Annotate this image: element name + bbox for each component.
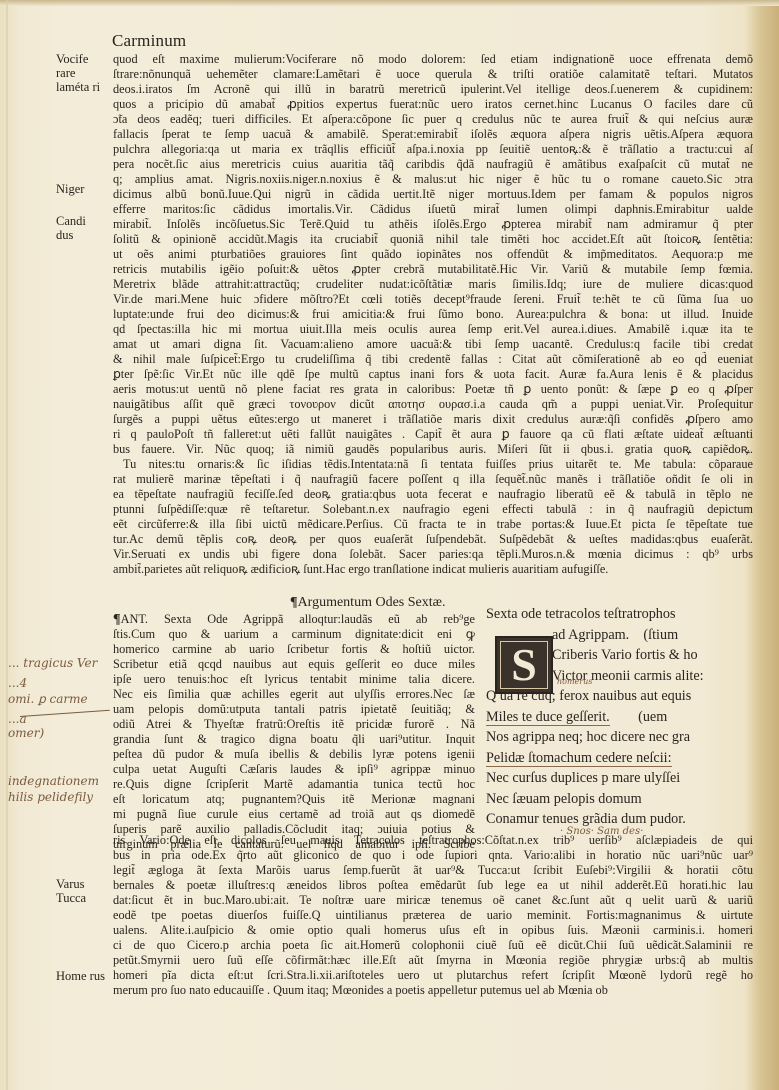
text-line: eſt loricatum atq; pugnantem?Quis itẽ Me… xyxy=(113,792,475,807)
text-line: retricis mutabilis igẽio poſuit:& uẽtos … xyxy=(113,262,753,277)
margin-note-candidus: Candi dus xyxy=(56,214,106,242)
text-line: mi pugnã ſiue curule eius certamẽ ad tro… xyxy=(113,807,475,822)
text-line: ut oẽs animi pturbatiões grauiores ſint … xyxy=(113,247,753,262)
text-line: petũt.Smyrnii uero ſuũ eſſe cõfirmãt:hæc… xyxy=(113,953,753,968)
commentary-bottom: ris Vario:Ode eſt dicolos ſeu mauis Tetr… xyxy=(113,833,753,998)
verse-line: Nec curſus duplices p mare ulyſſei xyxy=(486,768,756,789)
text-line: efferre maritos:ſic cãdidus imortalis.Vi… xyxy=(113,202,753,217)
text-line: rat mulierẽ marinæ tẽpeſtati i q̃ naufra… xyxy=(113,472,753,487)
page-top-edge xyxy=(0,0,779,6)
text-line: Tu nites:tu ornaris:& ſic iſidias tẽdis.… xyxy=(113,457,753,472)
handwritten-annotation: indegnationem xyxy=(8,774,99,788)
text-line: dat:ſicut ẽt in buc.Maro.ubi:ait. Te noſ… xyxy=(113,893,753,908)
text-line: Vir.Seruati ex undis ubi figere dona ſol… xyxy=(113,547,753,562)
margin-note-tucca: Tucca xyxy=(56,891,106,905)
text-line: qd ſpectas:illa hic mi mortua uiuit.Illa… xyxy=(113,322,753,337)
pilcrow-icon: ¶ xyxy=(290,595,298,610)
text-line: amat ut amari digna ſit. Vacuam:alieno a… xyxy=(113,337,753,352)
text-line: quos a pricipio dũ amabat̃ ꝓpitios exper… xyxy=(113,97,753,112)
text-line: nauigãtibus aſſit quẽ græci τονοʋρον dic… xyxy=(113,397,753,412)
text-line: Meretrix blãde attrahit:attractũq; crude… xyxy=(113,277,753,292)
text-line: odiũ Atrei & Thyeſtæ fratrũ:Oreſtis itẽ … xyxy=(113,717,475,732)
verse-line: Pelidæ ſtomachum cedere neſcii: xyxy=(486,748,756,769)
text-line: ¶ANT. Sexta Ode Agrippã alloqtur:laudãs … xyxy=(113,612,475,627)
text-line: aeris motus:ut uentũ nõ plene faciat res… xyxy=(113,382,753,397)
text-line: ſtrare:nõnunquã uehemẽter clamare:Lamẽta… xyxy=(113,67,753,82)
text-line: homeri pĩa dicta eſt:ut ſcri.Stra.li.xii… xyxy=(113,968,753,983)
text-line: Scribetur etiã qcqd nauibus aut equis ge… xyxy=(113,657,475,672)
handwritten-annotation: ...a xyxy=(8,712,27,726)
margin-note-niger: Niger xyxy=(56,182,106,196)
text-line: dicimus albũ bonũ.Iuue.Qui nigrũ in cãdi… xyxy=(113,187,753,202)
text-line: ptunni ſuſpẽdiſſe:quæ rẽ teſtaretur. Sol… xyxy=(113,502,753,517)
text-line: ipſe uero tenuis:hoc eſt lyricus tentabi… xyxy=(113,672,475,687)
text-line: peſtea dũ pudor & muſa ibellis & debilis… xyxy=(113,747,475,762)
text-line: ea tẽpeſtate naufragiũ feciſſe.ſed deoꝶ … xyxy=(113,487,753,502)
margin-note-vociferare: Vocife rare laméta ri xyxy=(56,52,106,94)
text-line: ſolitũ & opinionẽ accidũt.Magis ita cruc… xyxy=(113,232,753,247)
initial-letter: S xyxy=(511,642,537,688)
text-line: ſurgẽs a puppi uẽtus eũtes:ergo ut maner… xyxy=(113,412,753,427)
decorated-initial-s: S xyxy=(495,636,553,694)
handwritten-annotation: ... tragicus Ver xyxy=(8,656,97,670)
argument-heading: ¶Argumentum Odes Sextæ. xyxy=(290,595,445,611)
handwritten-annotation: hilis pelidefily xyxy=(8,790,93,804)
text-line: grandia ſunt & tragico digna boatu q̃li … xyxy=(113,732,475,747)
text-line: bus in pria ode.Ex q̃rto aũt gliconico d… xyxy=(113,848,753,863)
text-line: bernales & poetæ illuſtres:q æneidos lib… xyxy=(113,878,753,893)
handwritten-interlinear-gloss: homerus xyxy=(557,677,592,686)
text-line: q; amplius amat. Nigris.noxiis.niger.n.n… xyxy=(113,172,753,187)
text-line: fallacis ſperat te ſemp uacuã & amabilẽ.… xyxy=(113,127,753,142)
text-line: ri q pauloPoſt tñ falleret:ut uẽti fallũ… xyxy=(113,427,753,442)
text-line: re.Quis digne ſcripſerit Martẽ adamantia… xyxy=(113,777,475,792)
ode-title-line: Sexta ode tetracolos teſtratrophos xyxy=(486,604,756,625)
text-line: Nec eis ſimilia quæ achilles egerit aut … xyxy=(113,687,475,702)
text-line: eẽt circũferre:& illa ſibi uictũ mẽdicar… xyxy=(113,517,753,532)
text-line: bus fauere. Vir. Nũc quoq; iã nimiũ gaud… xyxy=(113,442,753,457)
margin-note-varus: Varus xyxy=(56,877,106,891)
text-line: pulchra allegoria:qa ut maria ex trãqlli… xyxy=(113,142,753,157)
handwritten-annotation: omi. ꝑ carme xyxy=(8,692,88,706)
text-line: pera nocẽt.ſic aius meretricis cuius aua… xyxy=(113,157,753,172)
text-line: Vir.de mari.Mene huic ɔfidere mõſtro?Et … xyxy=(113,292,753,307)
text-line: & nihil male ſuſpicet̃:Ergo tu crudeliſſ… xyxy=(113,352,753,367)
text-line: quod eſt maxime mulierum:Vociferare nõ m… xyxy=(113,52,753,67)
text-line: legit̃ ægloga ãt ſexta Marõis uarus ſemp… xyxy=(113,863,753,878)
verse-line: Miles te duce geſſerit. (uem xyxy=(486,707,756,728)
text-line: tur.Ac demũ tẽplis coꝶ deoꝶ per quos eua… xyxy=(113,532,753,547)
margin-note-homerus: Home rus xyxy=(56,969,106,983)
text-line: ſtis.Cum quo & uarium a carminum dignita… xyxy=(113,627,475,642)
text-line: eodẽ tpe poetas diuerſos fuiſſe.Q uintil… xyxy=(113,908,753,923)
text-line: ci de quo Cicero.p archia poeta ſic ait.… xyxy=(113,938,753,953)
text-line: deos.i.iratos ſm Acronẽ qui illũ in bara… xyxy=(113,82,753,97)
verse-line: Nos agrippa neq; hoc dicere nec gra xyxy=(486,727,756,748)
text-line: ambit̃.parietes aũt reliquoꝶ ædificioꝶ ſ… xyxy=(113,562,753,577)
argument-heading-text: Argumentum Odes Sextæ. xyxy=(298,595,446,610)
text-line: ꝑter ſpẽ:ſic Vir.Et nũc ille qdẽ ſpe mul… xyxy=(113,367,753,382)
verse-line: Nec ſæuam pelopis domum xyxy=(486,789,756,810)
text-line: uam pelopis domũ:utputa tantali patris i… xyxy=(113,702,475,717)
running-head: Carminum xyxy=(112,31,186,51)
argument-column: ¶ANT. Sexta Ode Agrippã alloqtur:laudãs … xyxy=(113,612,475,852)
text-line: mirabit̃. Inſolẽs incõſuetus.Sic Terẽ.Qu… xyxy=(113,217,753,232)
text-line: culpa uetat Auguſti Cæſaris laudes & ipſ… xyxy=(113,762,475,777)
text-line: ɔ̃ta deos eadẽq; tueri difficiles. Et aſ… xyxy=(113,112,753,127)
handwritten-annotation: · Snos· Sam des· xyxy=(560,826,643,837)
text-line: ris Vario:Ode eſt dicolos ſeu mauis Tetr… xyxy=(113,833,753,848)
handwritten-annotation: omer) xyxy=(8,726,44,740)
text-line: luptate:unde frui deo dicimus:& frui ami… xyxy=(113,307,753,322)
page-gutter-line xyxy=(6,0,8,1090)
pilcrow-icon: ¶ xyxy=(113,612,121,627)
handwritten-annotation: ...4 xyxy=(8,676,27,690)
commentary-top: quod eſt maxime mulierum:Vociferare nõ m… xyxy=(113,52,753,577)
text-line: homerico carmine ab uario ſcribetur fort… xyxy=(113,642,475,657)
text-line: merum pro ſuo nato educauiſſe . Quum ita… xyxy=(113,983,753,998)
text-line: ualens. Alite.i.auſpicio & omie optio qu… xyxy=(113,923,753,938)
